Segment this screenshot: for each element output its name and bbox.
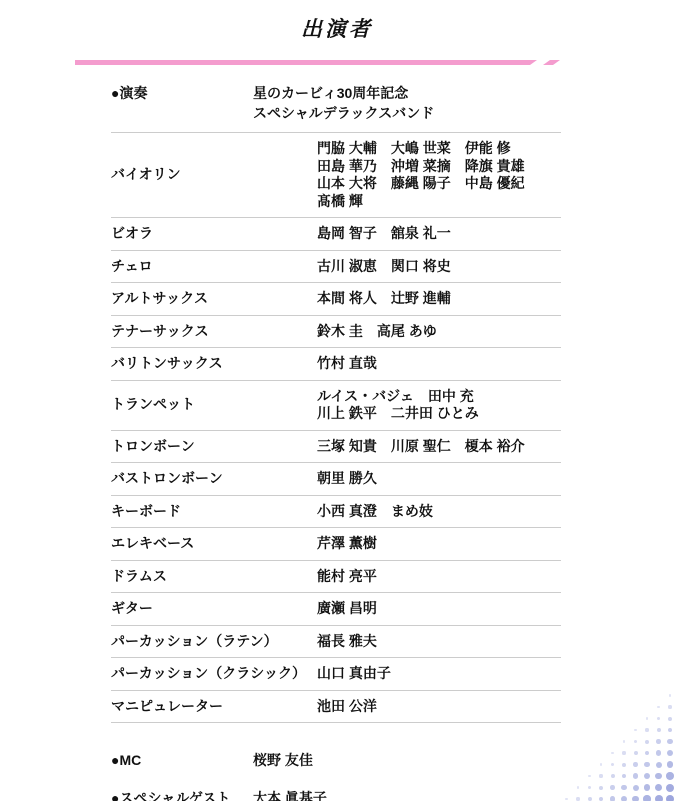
role-label: ドラムス <box>111 568 317 586</box>
dot-icon <box>622 774 627 779</box>
member-names: 門脇 大輔 大嶋 世菜 伊能 修田島 華乃 沖増 菜摘 降旗 貴雄山本 大将 藤… <box>317 140 561 210</box>
cast-row: バストロンボーン 朝里 勝久 <box>111 463 561 496</box>
names-line: 廣瀬 昌明 <box>317 600 561 618</box>
role-label: アルトサックス <box>111 290 317 308</box>
dot-icon <box>599 774 602 777</box>
names-line: 池田 公洋 <box>317 698 561 716</box>
cast-table: バイオリン 門脇 大輔 大嶋 世菜 伊能 修田島 華乃 沖増 菜摘 降旗 貴雄山… <box>111 132 561 723</box>
member-names: 古川 淑恵 関口 将史 <box>317 258 561 276</box>
cast-row: バリトンサックス 竹村 直哉 <box>111 348 561 381</box>
cast-row: アルトサックス 本間 将人 辻野 進輔 <box>111 283 561 316</box>
role-label: ギター <box>111 600 317 618</box>
dot-pattern-decoration <box>552 687 674 801</box>
cast-row: キーボード 小西 真澄 まめ妓 <box>111 496 561 529</box>
dot-icon <box>656 739 661 744</box>
cast-row: マニピュレーター 池田 公洋 <box>111 691 561 724</box>
dot-icon <box>576 797 579 800</box>
dot-icon <box>588 786 591 789</box>
member-names: 福長 雅夫 <box>317 633 561 651</box>
ensemble-label: ●演奏 <box>111 83 253 103</box>
dot-icon <box>645 728 648 731</box>
ensemble-row: ●演奏 星のカービィ30周年記念 スペシャルデラックスバンド <box>111 83 561 123</box>
dot-icon <box>610 796 615 801</box>
role-label: パーカッション（クラシック） <box>111 665 317 683</box>
dot-icon <box>657 728 661 732</box>
dot-icon <box>644 773 650 779</box>
role-label: キーボード <box>111 503 317 521</box>
dot-icon <box>565 798 568 801</box>
dot-icon <box>644 762 649 767</box>
cast-row: エレキベース 芹澤 薫樹 <box>111 528 561 561</box>
member-names: 池田 公洋 <box>317 698 561 716</box>
dot-icon <box>666 772 673 779</box>
dot-icon <box>655 773 662 780</box>
dot-icon <box>655 784 662 791</box>
cast-row: トロンボーン 三塚 知貴 川原 聖仁 榎本 裕介 <box>111 431 561 464</box>
dot-icon <box>588 797 592 801</box>
dot-icon <box>634 751 638 755</box>
dot-icon <box>621 796 627 801</box>
member-names: 朝里 勝久 <box>317 470 561 488</box>
mc-label: ●MC <box>111 750 253 770</box>
role-label: バイオリン <box>111 166 317 184</box>
names-line: 本間 将人 辻野 進輔 <box>317 290 561 308</box>
member-names: 本間 将人 辻野 進輔 <box>317 290 561 308</box>
page-title: 出演者 <box>0 13 674 43</box>
dot-icon <box>668 705 671 708</box>
cast-row: バイオリン 門脇 大輔 大嶋 世菜 伊能 修田島 華乃 沖増 菜摘 降旗 貴雄山… <box>111 133 561 218</box>
dot-icon <box>611 763 614 766</box>
member-names: 島岡 智子 舘泉 礼一 <box>317 225 561 243</box>
dot-icon <box>634 740 637 743</box>
member-names: 三塚 知貴 川原 聖仁 榎本 裕介 <box>317 438 561 456</box>
names-line: ルイス・バジェ 田中 充 <box>317 388 561 406</box>
ensemble-name-line: 星のカービィ30周年記念 <box>253 83 561 103</box>
special-guest-label: ●スペシャルゲスト <box>111 788 253 801</box>
cast-row: ギター 廣瀬 昌明 <box>111 593 561 626</box>
dot-icon <box>633 785 639 791</box>
names-line: 三塚 知貴 川原 聖仁 榎本 裕介 <box>317 438 561 456</box>
dot-icon <box>645 740 649 744</box>
names-line: 小西 真澄 まめ妓 <box>317 503 561 521</box>
role-label: チェロ <box>111 258 317 276</box>
dot-icon <box>577 786 580 789</box>
mc-label-text: MC <box>119 752 141 768</box>
names-line: 山口 真由子 <box>317 665 561 683</box>
dot-icon <box>643 795 650 801</box>
role-label: エレキベース <box>111 535 317 553</box>
dot-icon <box>646 717 649 720</box>
dot-icon <box>634 729 637 732</box>
role-label: パーカッション（ラテン） <box>111 633 317 651</box>
dot-icon <box>667 750 673 756</box>
cast-row: テナーサックス 鈴木 圭 高尾 あゆ <box>111 316 561 349</box>
dot-icon <box>667 739 672 744</box>
dot-icon <box>668 717 672 721</box>
cast-row: ビオラ 島岡 智子 舘泉 礼一 <box>111 218 561 251</box>
cast-row: ドラムス 能村 亮平 <box>111 561 561 594</box>
divider-bar <box>75 60 537 65</box>
special-guest-name: 大本 眞基子 <box>253 788 561 801</box>
dot-icon <box>655 795 663 801</box>
ensemble-name-line: スペシャルデラックスバンド <box>253 103 561 123</box>
dot-icon <box>611 774 615 778</box>
cast-row: トランペット ルイス・バジェ 田中 充川上 鉄平 二井田 ひとみ <box>111 381 561 431</box>
names-line: 竹村 直哉 <box>317 355 561 373</box>
dot-icon <box>644 784 651 791</box>
dot-icon <box>622 763 626 767</box>
names-line: 髙橋 輝 <box>317 193 561 211</box>
cast-row: チェロ 古川 淑恵 関口 将史 <box>111 251 561 284</box>
dot-icon <box>667 761 674 768</box>
dot-icon <box>588 775 591 778</box>
role-label: テナーサックス <box>111 323 317 341</box>
names-line: 古川 淑恵 関口 将史 <box>317 258 561 276</box>
performer-list: ●演奏 星のカービィ30周年記念 スペシャルデラックスバンド バイオリン 門脇 … <box>111 83 561 801</box>
member-names: ルイス・バジェ 田中 充川上 鉄平 二井田 ひとみ <box>317 388 561 423</box>
ensemble-name: 星のカービィ30周年記念 スペシャルデラックスバンド <box>253 83 561 123</box>
dot-icon <box>669 694 672 697</box>
dot-icon <box>645 751 650 756</box>
dot-icon <box>622 751 625 754</box>
names-line: 島岡 智子 舘泉 礼一 <box>317 225 561 243</box>
names-line: 鈴木 圭 高尾 あゆ <box>317 323 561 341</box>
role-label: バストロンボーン <box>111 470 317 488</box>
member-names: 山口 真由子 <box>317 665 561 683</box>
names-line: 川上 鉄平 二井田 ひとみ <box>317 405 561 423</box>
dot-icon <box>657 706 660 709</box>
cast-row: パーカッション（クラシック） 山口 真由子 <box>111 658 561 691</box>
names-line: 山本 大将 藤縄 陽子 中島 優紀 <box>317 175 561 193</box>
member-names: 能村 亮平 <box>317 568 561 586</box>
dot-icon <box>666 784 674 792</box>
title-divider <box>75 60 560 65</box>
member-names: 竹村 直哉 <box>317 355 561 373</box>
names-line: 芹澤 薫樹 <box>317 535 561 553</box>
dot-icon <box>657 717 660 720</box>
member-names: 芹澤 薫樹 <box>317 535 561 553</box>
names-line: 福長 雅夫 <box>317 633 561 651</box>
dot-icon <box>633 762 638 767</box>
special-guest-row: ●スペシャルゲスト 大本 眞基子 <box>111 788 561 801</box>
ensemble-label-text: 演奏 <box>119 85 147 101</box>
special-guest-label-text: スペシャルゲスト <box>119 790 230 801</box>
dot-icon <box>623 740 626 743</box>
dot-icon <box>621 785 626 790</box>
dot-icon <box>666 795 674 801</box>
member-names: 小西 真澄 まめ妓 <box>317 503 561 521</box>
mc-row: ●MC 桜野 友佳 <box>111 750 561 770</box>
role-label: マニピュレーター <box>111 698 317 716</box>
names-line: 田島 華乃 沖増 菜摘 降旗 貴雄 <box>317 158 561 176</box>
role-label: トランペット <box>111 396 317 414</box>
role-label: バリトンサックス <box>111 355 317 373</box>
dot-icon <box>632 796 639 801</box>
dot-icon <box>611 752 614 755</box>
divider-slash-tick <box>543 60 560 65</box>
names-line: 能村 亮平 <box>317 568 561 586</box>
names-line: 朝里 勝久 <box>317 470 561 488</box>
member-names: 鈴木 圭 高尾 あゆ <box>317 323 561 341</box>
role-label: トロンボーン <box>111 438 317 456</box>
cast-row: パーカッション（ラテン） 福長 雅夫 <box>111 626 561 659</box>
names-line: 門脇 大輔 大嶋 世菜 伊能 修 <box>317 140 561 158</box>
dot-icon <box>668 728 673 733</box>
dot-icon <box>599 786 603 790</box>
role-label: ビオラ <box>111 225 317 243</box>
dot-icon <box>633 773 638 778</box>
dot-icon <box>656 750 661 755</box>
dot-icon <box>610 785 615 790</box>
dot-icon <box>600 763 603 766</box>
dot-icon <box>599 797 604 801</box>
dot-icon <box>656 762 662 768</box>
member-names: 廣瀬 昌明 <box>317 600 561 618</box>
mc-name: 桜野 友佳 <box>253 750 561 770</box>
